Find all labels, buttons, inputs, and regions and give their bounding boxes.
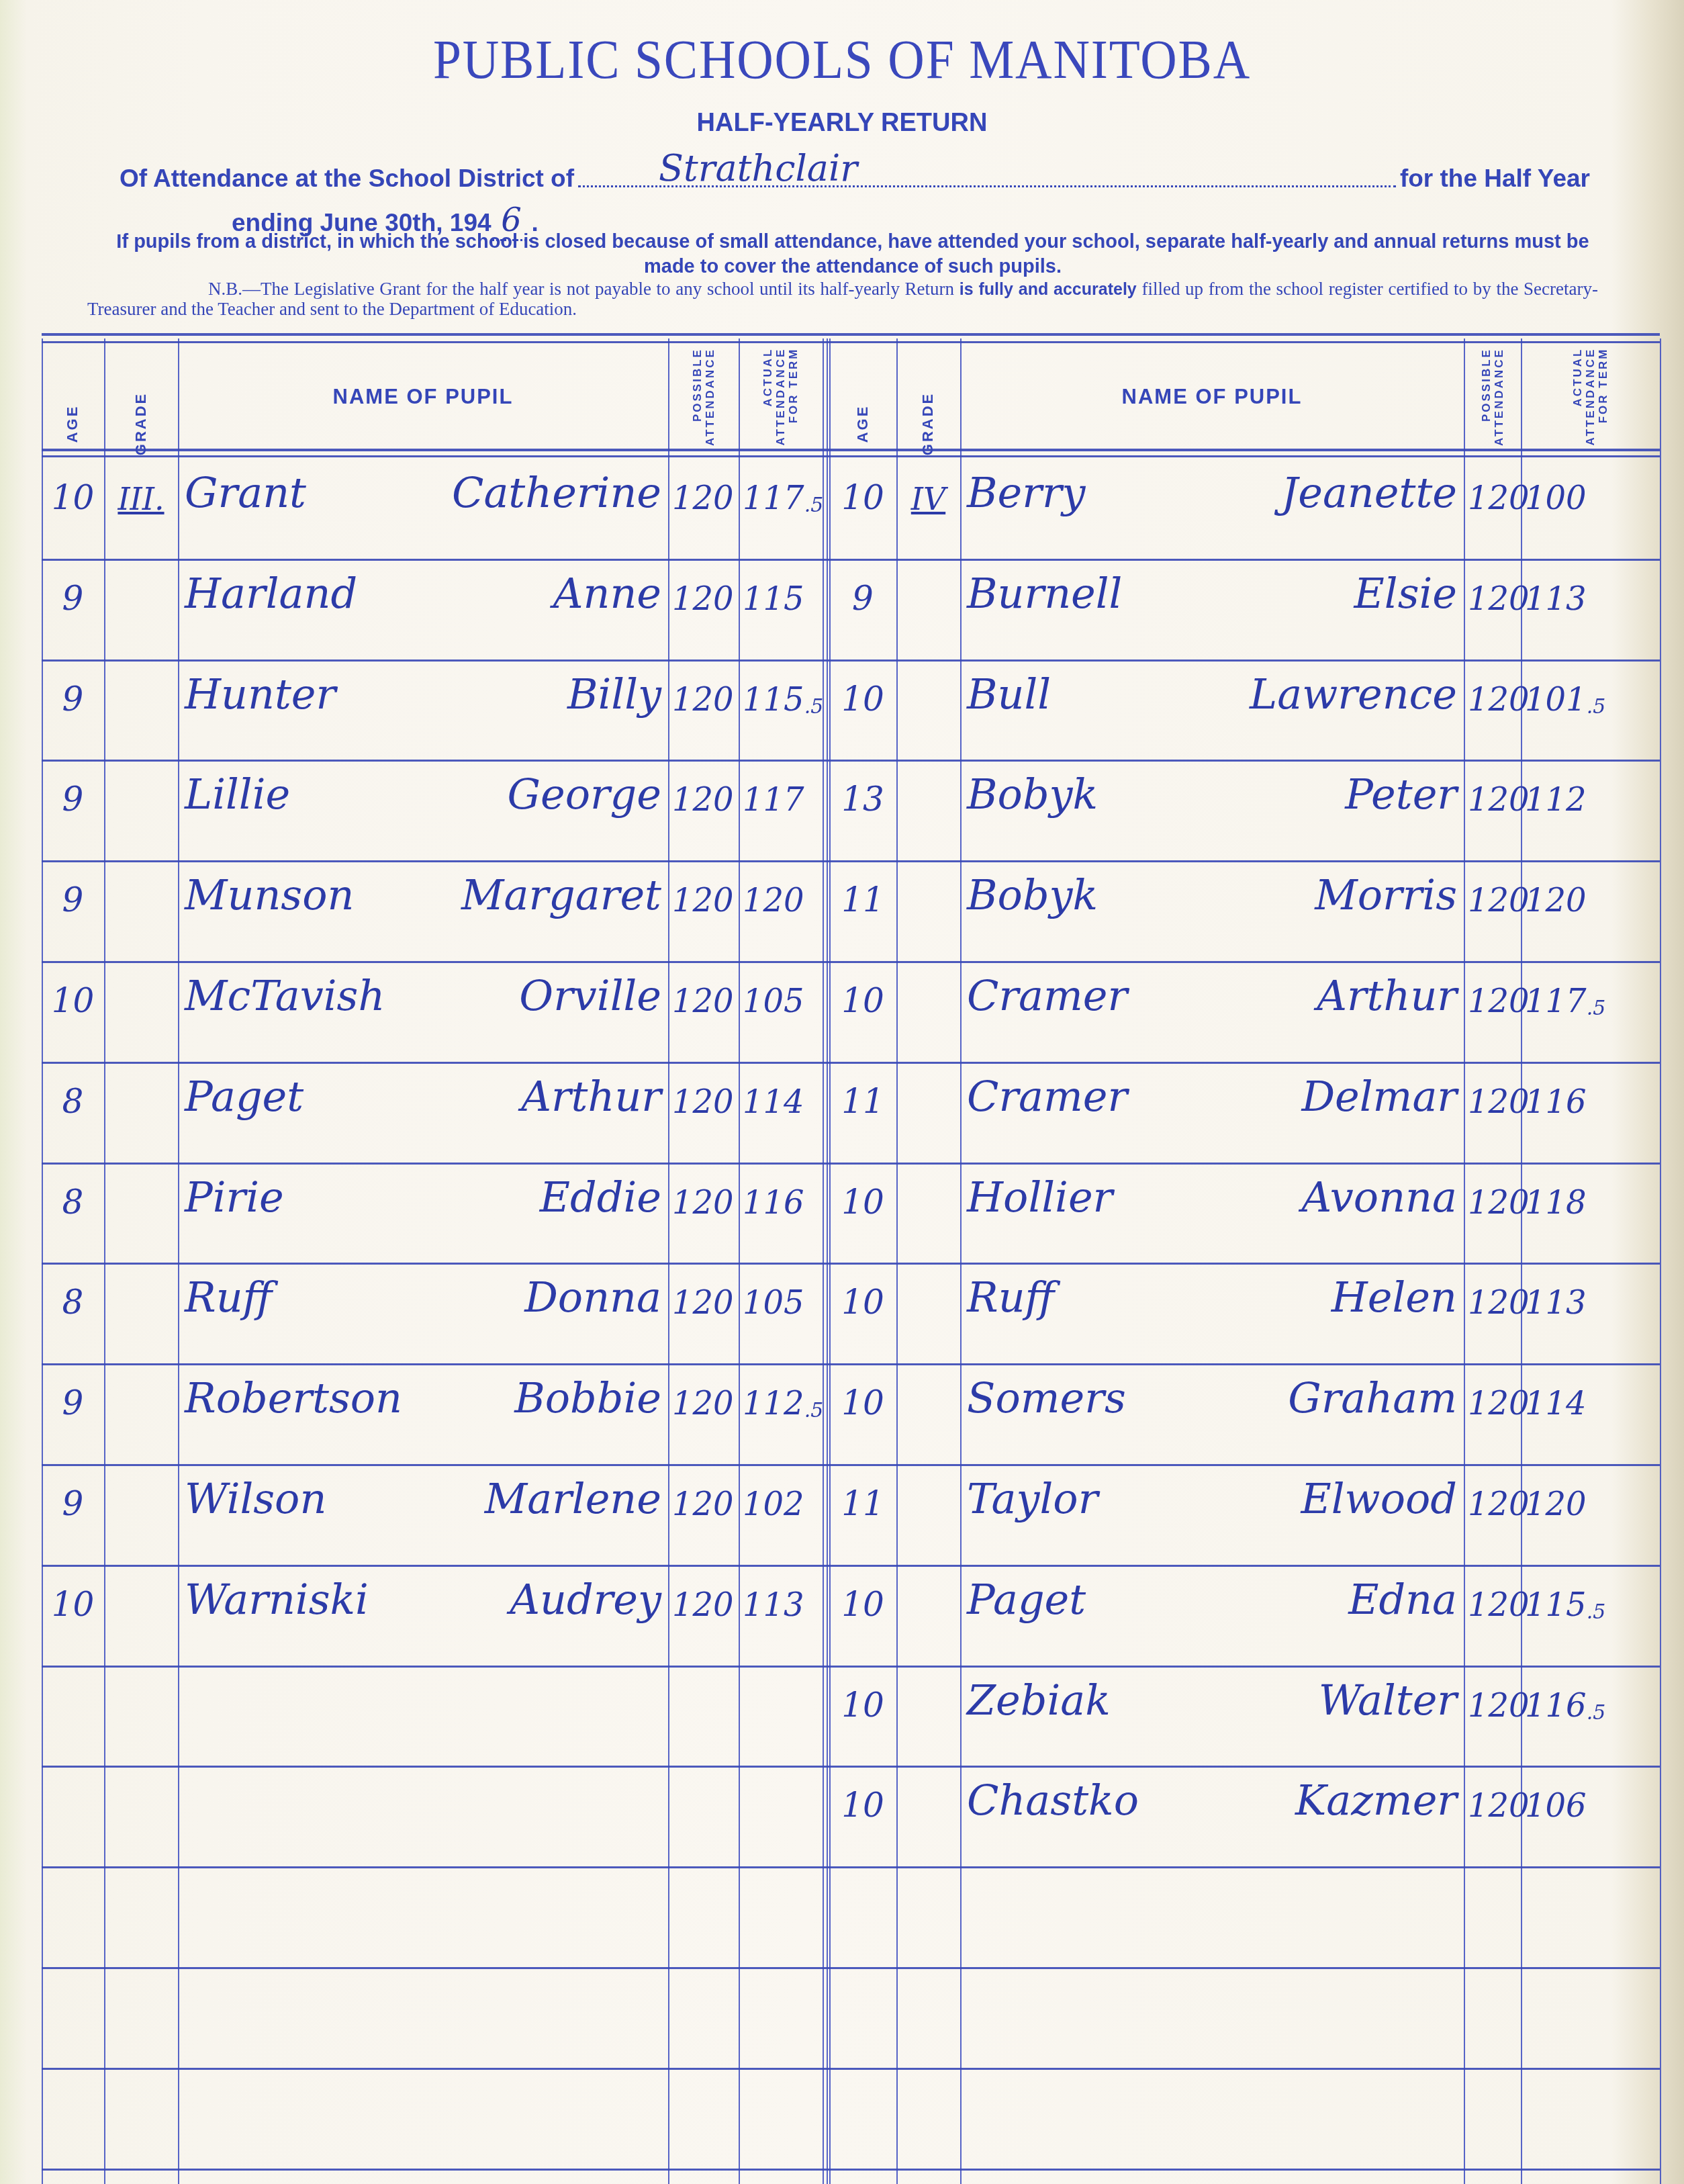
actual-attendance-cell: 101.5 (1521, 659, 1660, 721)
grade-cell (896, 559, 960, 621)
surname-cell: Ruff (960, 1263, 1229, 1324)
given-name-text: Elsie (1354, 569, 1457, 618)
surname-cell: Somers (960, 1363, 1229, 1425)
grade-cell (896, 1766, 960, 1827)
possible-attendance-cell-text: 120 (1468, 480, 1530, 517)
given-name-cell: Elwood (1202, 1464, 1464, 1526)
possible-attendance-cell-text: 120 (1468, 1385, 1530, 1422)
given-name-text: Peter (1345, 770, 1457, 819)
surname-cell-text: Chastko (967, 1776, 1139, 1825)
surname-cell: Taylor (960, 1464, 1229, 1526)
age-cell: 10 (829, 1565, 896, 1627)
surname-cell-text: Cramer (967, 1072, 1127, 1121)
table-row: 10ZebiakWalter120116.5 (42, 1666, 1660, 1767)
possible-attendance-cell: 120 (1464, 1062, 1521, 1124)
possible-attendance-cell: 120 (1464, 1666, 1521, 1727)
actual-attendance-cell-text: 112 (1525, 781, 1587, 819)
actual-attendance-cell: 116.5 (1521, 1666, 1660, 1727)
actual-attendance-cell-text: 113 (1525, 580, 1587, 618)
age-cell: 10 (829, 659, 896, 721)
table-row: 9BurnellElsie120113 (42, 559, 1660, 660)
form-subtitle: HALF-YEARLY RETURN (0, 109, 1684, 138)
surname-cell-text: Hollier (967, 1173, 1113, 1222)
grade-cell (896, 1565, 960, 1627)
age-cell-text: 10 (841, 680, 884, 719)
right-header-grade: GRADE (896, 341, 960, 452)
age-cell-text: 10 (841, 478, 884, 517)
possible-attendance-cell: 120 (1464, 860, 1521, 922)
possible-attendance-cell: 120 (1464, 1263, 1521, 1324)
surname-cell-text: Somers (967, 1373, 1126, 1422)
actual-attendance-cell-text: 100 (1525, 480, 1587, 517)
table-row: 11CramerDelmar120116 (42, 1062, 1660, 1163)
age-cell: 11 (829, 1464, 896, 1526)
grade-cell-text: IV (911, 481, 945, 517)
given-name-cell: Delmar (1202, 1062, 1464, 1124)
possible-attendance-cell-text: 120 (1468, 1687, 1530, 1725)
possible-attendance-cell: 120 (1464, 1163, 1521, 1224)
nb-note: N.B.—The Legislative Grant for the half … (87, 279, 1598, 319)
surname-cell-text: Zebiak (967, 1676, 1111, 1725)
given-name-cell: Morris (1202, 860, 1464, 922)
district-line: Of Attendance at the School District of … (120, 158, 1590, 193)
surname-cell: Bull (960, 659, 1229, 721)
given-name-cell: Lawrence (1202, 659, 1464, 721)
given-name-text: Helen (1331, 1273, 1457, 1322)
surname-cell: Hollier (960, 1163, 1229, 1224)
surname-cell-text: Taylor (967, 1474, 1098, 1523)
age-cell-text: 9 (852, 579, 874, 618)
actual-attendance-cell-text: 106 (1525, 1787, 1587, 1825)
actual-attendance-cell-text: 120 (1525, 1486, 1587, 1523)
district-field[interactable]: Strathclair (578, 158, 1396, 187)
table-row: 10IVBerryJeanette120100 (42, 458, 1660, 559)
given-name-cell: Peter (1202, 760, 1464, 821)
given-name-text: Arthur (1317, 971, 1457, 1020)
column-header-label: ACTUAL ATTENDANCE FOR TERM (1571, 348, 1609, 446)
grade-cell (896, 1163, 960, 1224)
nb-text-bold: is fully and accurately (960, 280, 1137, 299)
possible-attendance-cell-text: 120 (1468, 1184, 1530, 1222)
grade-cell (896, 1666, 960, 1727)
district-value: Strathclair (659, 147, 857, 189)
actual-attendance-cell-text: 118 (1525, 1184, 1587, 1222)
given-name-cell: Edna (1202, 1565, 1464, 1627)
age-cell-text: 10 (841, 981, 884, 1020)
age-cell: 9 (829, 559, 896, 621)
actual-attendance-fraction: .5 (1587, 1701, 1606, 1725)
age-cell-text: 11 (841, 880, 884, 919)
possible-attendance-cell-text: 120 (1468, 1586, 1530, 1624)
actual-attendance-cell: 113 (1521, 559, 1660, 621)
right-header-age: AGE (829, 341, 896, 452)
grade-cell (896, 1363, 960, 1425)
actual-attendance-cell-text: 101 (1525, 681, 1587, 719)
column-header-label: AGE (854, 404, 872, 443)
possible-attendance-cell: 120 (1464, 961, 1521, 1023)
row-rule (42, 2068, 1660, 2070)
table-row: 10HollierAvonna120118 (42, 1163, 1660, 1264)
actual-attendance-cell: 112 (1521, 760, 1660, 821)
actual-attendance-cell-text: 120 (1525, 882, 1587, 919)
header-rule (42, 333, 1660, 336)
surname-cell: Berry (960, 458, 1229, 520)
possible-attendance-cell-text: 120 (1468, 681, 1530, 719)
grade-cell (896, 1263, 960, 1324)
actual-attendance-cell-text: 114 (1525, 1385, 1587, 1422)
possible-attendance-cell-text: 120 (1468, 983, 1530, 1020)
table-row: 13BobykPeter120112 (42, 760, 1660, 861)
column-header-label: NAME OF PUPIL (1122, 385, 1303, 409)
surname-cell-text: Ruff (967, 1273, 1055, 1322)
table-row: 11BobykMorris120120 (42, 860, 1660, 962)
actual-attendance-cell: 114 (1521, 1363, 1660, 1425)
left-header-grade: GRADE (104, 341, 178, 452)
possible-attendance-cell-text: 120 (1468, 1486, 1530, 1523)
possible-attendance-cell: 120 (1464, 1766, 1521, 1827)
given-name-cell: Jeanette (1202, 458, 1464, 520)
surname-cell-text: Paget (967, 1575, 1086, 1624)
grade-cell (896, 760, 960, 821)
actual-attendance-cell: 106 (1521, 1766, 1660, 1827)
surname-cell: Burnell (960, 559, 1229, 621)
notice-text: If pupils from a district, in which the … (114, 230, 1591, 279)
age-cell-text: 11 (841, 1082, 884, 1121)
actual-attendance-cell-text: 113 (1525, 1284, 1587, 1322)
age-cell-text: 11 (841, 1484, 884, 1523)
actual-attendance-cell: 115.5 (1521, 1565, 1660, 1627)
age-cell-text: 10 (841, 1585, 884, 1624)
surname-cell: Cramer (960, 1062, 1229, 1124)
table-row: 10RuffHelen120113 (42, 1263, 1660, 1364)
column-header-label: GRADE (132, 392, 150, 455)
age-cell-text: 10 (841, 1283, 884, 1322)
age-cell: 11 (829, 1062, 896, 1124)
age-cell: 10 (829, 1363, 896, 1425)
given-name-text: Jeanette (1281, 468, 1457, 517)
possible-attendance-cell: 120 (1464, 1464, 1521, 1526)
actual-attendance-cell: 116 (1521, 1062, 1660, 1124)
surname-cell: Zebiak (960, 1666, 1229, 1727)
surname-cell: Paget (960, 1565, 1229, 1627)
table-row: 10ChastkoKazmer120106 (42, 1766, 1660, 1867)
surname-cell-text: Bobyk (967, 770, 1098, 819)
grade-cell (896, 659, 960, 721)
half-year-label: for the Half Year (1400, 165, 1590, 193)
given-name-text: Morris (1315, 870, 1457, 919)
column-header-label: NAME OF PUPIL (333, 385, 514, 409)
possible-attendance-cell-text: 120 (1468, 1083, 1530, 1121)
actual-attendance-cell: 120 (1521, 860, 1660, 922)
age-cell: 10 (829, 458, 896, 520)
surname-cell-text: Berry (967, 468, 1086, 517)
actual-attendance-fraction: .5 (1587, 997, 1606, 1020)
surname-cell-text: Bull (967, 670, 1051, 719)
nb-text-1: N.B.—The Legislative Grant for the half … (208, 279, 960, 299)
actual-attendance-fraction: .5 (1587, 695, 1606, 719)
actual-attendance-cell: 100 (1521, 458, 1660, 520)
age-cell-text: 10 (841, 1686, 884, 1725)
attendance-table: AGEGRADENAME OF PUPILPOSSIBLE ATTENDANCE… (42, 333, 1660, 2184)
row-rule (42, 1967, 1660, 1969)
grade-cell (896, 961, 960, 1023)
given-name-cell: Avonna (1202, 1163, 1464, 1224)
grade-cell (896, 1062, 960, 1124)
possible-attendance-cell: 120 (1464, 458, 1521, 520)
possible-attendance-cell: 120 (1464, 1565, 1521, 1627)
surname-cell: Chastko (960, 1766, 1229, 1827)
possible-attendance-cell: 120 (1464, 659, 1521, 721)
given-name-cell: Walter (1202, 1666, 1464, 1727)
grade-cell: IV (896, 458, 960, 520)
possible-attendance-cell: 120 (1464, 760, 1521, 821)
left-header-act: ACTUAL ATTENDANCE FOR TERM (739, 341, 823, 452)
surname-cell: Bobyk (960, 860, 1229, 922)
right-header-act: ACTUAL ATTENDANCE FOR TERM (1521, 341, 1660, 452)
surname-cell: Cramer (960, 961, 1229, 1023)
age-cell: 10 (829, 1163, 896, 1224)
header-rule (42, 455, 1660, 457)
given-name-text: Avonna (1302, 1173, 1457, 1222)
surname-cell-text: Bobyk (967, 870, 1098, 919)
column-header-label: POSSIBLE ATTENDANCE (1480, 348, 1505, 446)
column-header-label: GRADE (919, 392, 937, 455)
age-cell: 10 (829, 961, 896, 1023)
column-header-label: POSSIBLE ATTENDANCE (691, 348, 716, 446)
given-name-cell: Arthur (1202, 961, 1464, 1023)
possible-attendance-cell-text: 120 (1468, 580, 1530, 618)
possible-attendance-cell-text: 120 (1468, 1284, 1530, 1322)
given-name-text: Delmar (1301, 1072, 1457, 1121)
actual-attendance-fraction: .5 (1587, 1600, 1606, 1624)
given-name-cell: Elsie (1202, 559, 1464, 621)
given-name-text: Walter (1319, 1676, 1457, 1725)
actual-attendance-cell: 120 (1521, 1464, 1660, 1526)
left-header-name: NAME OF PUPIL (178, 341, 668, 452)
actual-attendance-cell-text: 116 (1525, 1083, 1587, 1121)
possible-attendance-cell: 120 (1464, 559, 1521, 621)
table-row: 10BullLawrence120101.5 (42, 659, 1660, 761)
row-rule (42, 2169, 1660, 2171)
actual-attendance-cell: 113 (1521, 1263, 1660, 1324)
form-title: PUBLIC SCHOOLS OF MANITOBA (67, 28, 1616, 91)
age-cell-text: 10 (841, 1383, 884, 1422)
column-header-label: AGE (64, 404, 82, 443)
table-row: 10CramerArthur120117.5 (42, 961, 1660, 1062)
age-cell: 13 (829, 760, 896, 821)
age-cell-text: 13 (841, 780, 884, 819)
table-row: 10PagetEdna120115.5 (42, 1565, 1660, 1666)
right-header-poss: POSSIBLE ATTENDANCE (1464, 341, 1521, 452)
age-cell: 10 (829, 1263, 896, 1324)
column-header-label: ACTUAL ATTENDANCE FOR TERM (761, 348, 800, 446)
surname-cell: Bobyk (960, 760, 1229, 821)
right-header-name: NAME OF PUPIL (960, 341, 1464, 452)
table-row: 10SomersGraham120114 (42, 1363, 1660, 1465)
given-name-text: Graham (1288, 1373, 1457, 1422)
surname-cell-text: Burnell (967, 569, 1122, 618)
surname-cell-text: Cramer (967, 971, 1127, 1020)
attendance-return-form: PUBLIC SCHOOLS OF MANITOBA HALF-YEARLY R… (0, 0, 1684, 2184)
possible-attendance-cell-text: 120 (1468, 1787, 1530, 1825)
given-name-text: Lawrence (1250, 670, 1457, 719)
given-name-text: Elwood (1301, 1474, 1458, 1523)
actual-attendance-cell-text: 117 (1525, 983, 1587, 1020)
age-cell-text: 10 (841, 1183, 884, 1222)
possible-attendance-cell-text: 120 (1468, 882, 1530, 919)
age-cell-text: 10 (841, 1786, 884, 1825)
actual-attendance-cell-text: 116 (1525, 1687, 1587, 1725)
given-name-text: Kazmer (1295, 1776, 1457, 1825)
age-cell: 10 (829, 1766, 896, 1827)
given-name-cell: Helen (1202, 1263, 1464, 1324)
given-name-cell: Graham (1202, 1363, 1464, 1425)
district-label: Of Attendance at the School District of (120, 165, 574, 193)
possible-attendance-cell-text: 120 (1468, 781, 1530, 819)
table-row: 11TaylorElwood120120 (42, 1464, 1660, 1565)
given-name-cell: Kazmer (1202, 1766, 1464, 1827)
actual-attendance-cell: 118 (1521, 1163, 1660, 1224)
age-cell: 11 (829, 860, 896, 922)
given-name-text: Edna (1348, 1575, 1457, 1624)
age-cell: 10 (829, 1666, 896, 1727)
actual-attendance-cell: 117.5 (1521, 961, 1660, 1023)
grade-cell (896, 860, 960, 922)
left-header-age: AGE (42, 341, 104, 452)
left-header-poss: POSSIBLE ATTENDANCE (668, 341, 739, 452)
grade-cell (896, 1464, 960, 1526)
actual-attendance-cell-text: 115 (1525, 1586, 1587, 1624)
possible-attendance-cell: 120 (1464, 1363, 1521, 1425)
column-rule (1660, 338, 1661, 2184)
